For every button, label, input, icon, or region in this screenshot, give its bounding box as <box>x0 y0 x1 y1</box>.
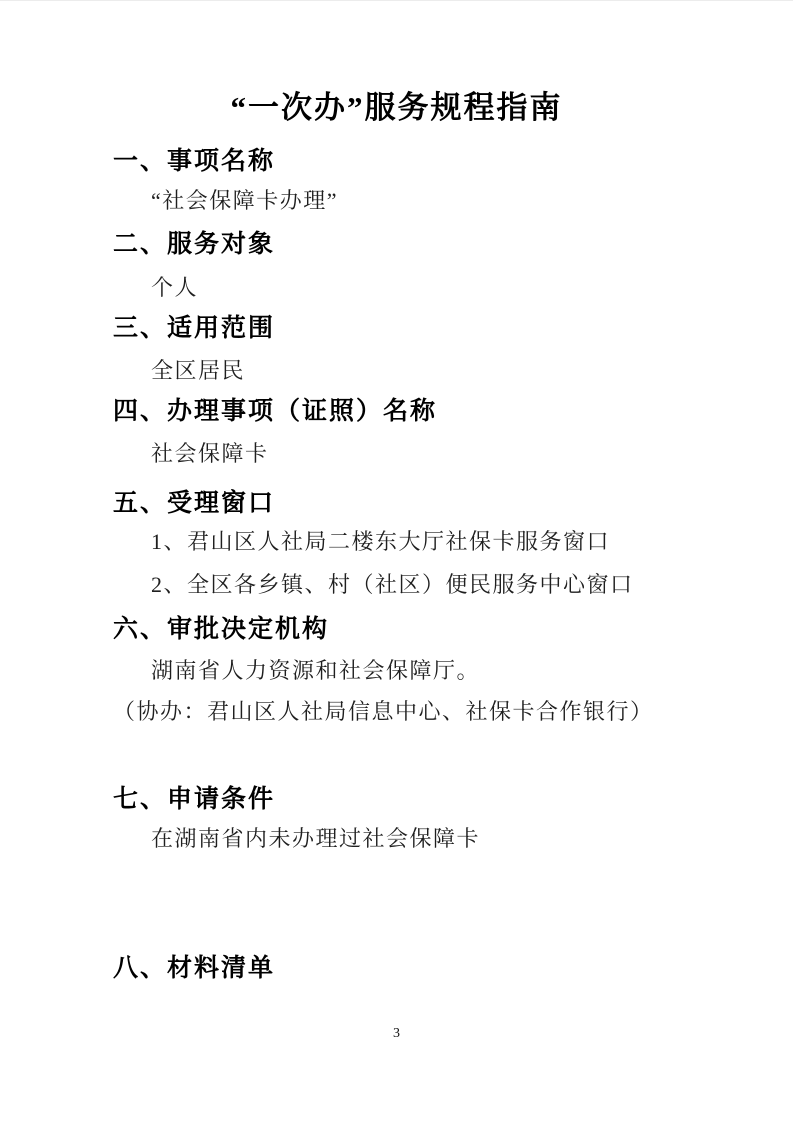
section-heading-certificate-name: 四、办理事项（证照）名称 <box>113 398 437 426</box>
paragraph-certificate-name: 社会保障卡 <box>151 441 269 466</box>
section-heading-approval-authority: 六、审批决定机构 <box>113 616 329 644</box>
paragraph-item-name: “社会保障卡办理” <box>151 188 338 213</box>
paragraph-approval-authority: 湖南省人力资源和社会保障厅。 <box>151 658 480 683</box>
document-title: “一次办”服务规程指南 <box>0 89 793 126</box>
section-heading-application-conditions: 七、申请条件 <box>113 786 275 814</box>
section-heading-accept-window: 五、受理窗口 <box>113 490 275 518</box>
section-heading-scope: 三、适用范围 <box>113 315 275 343</box>
paragraph-window-2: 2、全区各乡镇、村（社区）便民服务中心窗口 <box>151 572 634 597</box>
paragraph-window-1: 1、君山区人社局二楼东大厅社保卡服务窗口 <box>151 529 610 554</box>
paragraph-service-target: 个人 <box>151 275 198 300</box>
paragraph-application-conditions: 在湖南省内未办理过社会保障卡 <box>151 826 480 851</box>
section-heading-item-name: 一、事项名称 <box>113 148 275 176</box>
paragraph-co-organizer: （协办：君山区人社局信息中心、社保卡合作银行） <box>113 699 654 724</box>
section-heading-service-target: 二、服务对象 <box>113 231 275 259</box>
section-heading-material-list: 八、材料清单 <box>113 955 275 983</box>
document-page: “一次办”服务规程指南 一、事项名称 “社会保障卡办理” 二、服务对象 个人 三… <box>0 0 793 1123</box>
paragraph-scope: 全区居民 <box>151 358 245 383</box>
page-number: 3 <box>0 1026 793 1043</box>
